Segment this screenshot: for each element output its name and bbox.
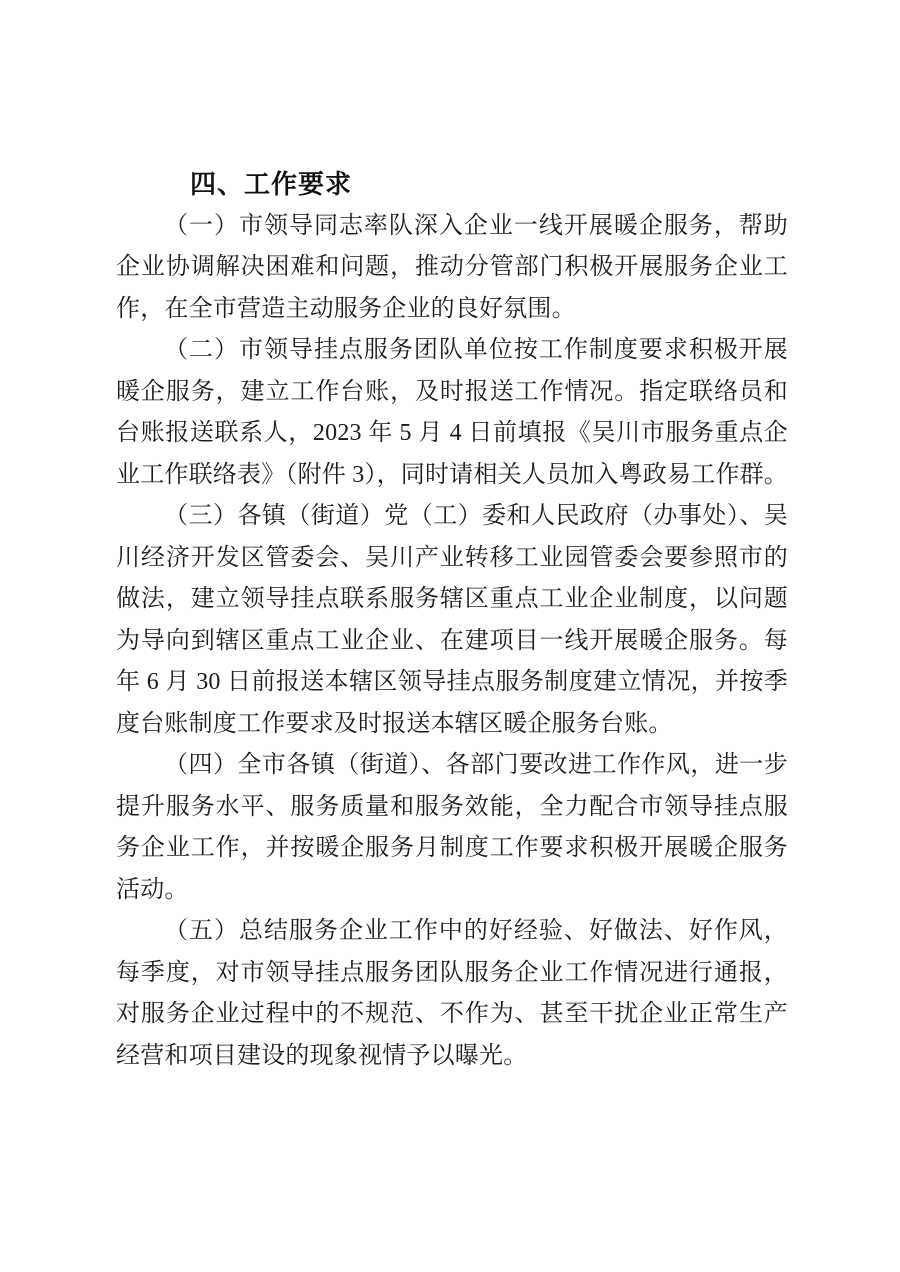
document-page: 四、工作要求 （一）市领导同志率队深入企业一线开展暖企服务，帮助企业协调解决困难… xyxy=(0,0,900,1272)
paragraph-2: （二）市领导挂点服务团队单位按工作制度要求积极开展暖企服务，建立工作台账，及时报… xyxy=(116,330,788,496)
paragraph-4: （四）全市各镇（街道）、各部门要改进工作作风，进一步提升服务水平、服务质量和服务… xyxy=(116,745,788,911)
paragraph-5: （五）总结服务企业工作中的好经验、好做法、好作风，每季度，对市领导挂点服务团队服… xyxy=(116,911,788,1077)
document-content: 四、工作要求 （一）市领导同志率队深入企业一线开展暖企服务，帮助企业协调解决困难… xyxy=(116,164,788,1077)
paragraph-3: （三）各镇（街道）党（工）委和人民政府（办事处）、吴川经济开发区管委会、吴川产业… xyxy=(116,496,788,745)
paragraph-1: （一）市领导同志率队深入企业一线开展暖企服务，帮助企业协调解决困难和问题，推动分… xyxy=(116,206,788,331)
section-heading: 四、工作要求 xyxy=(190,164,788,206)
